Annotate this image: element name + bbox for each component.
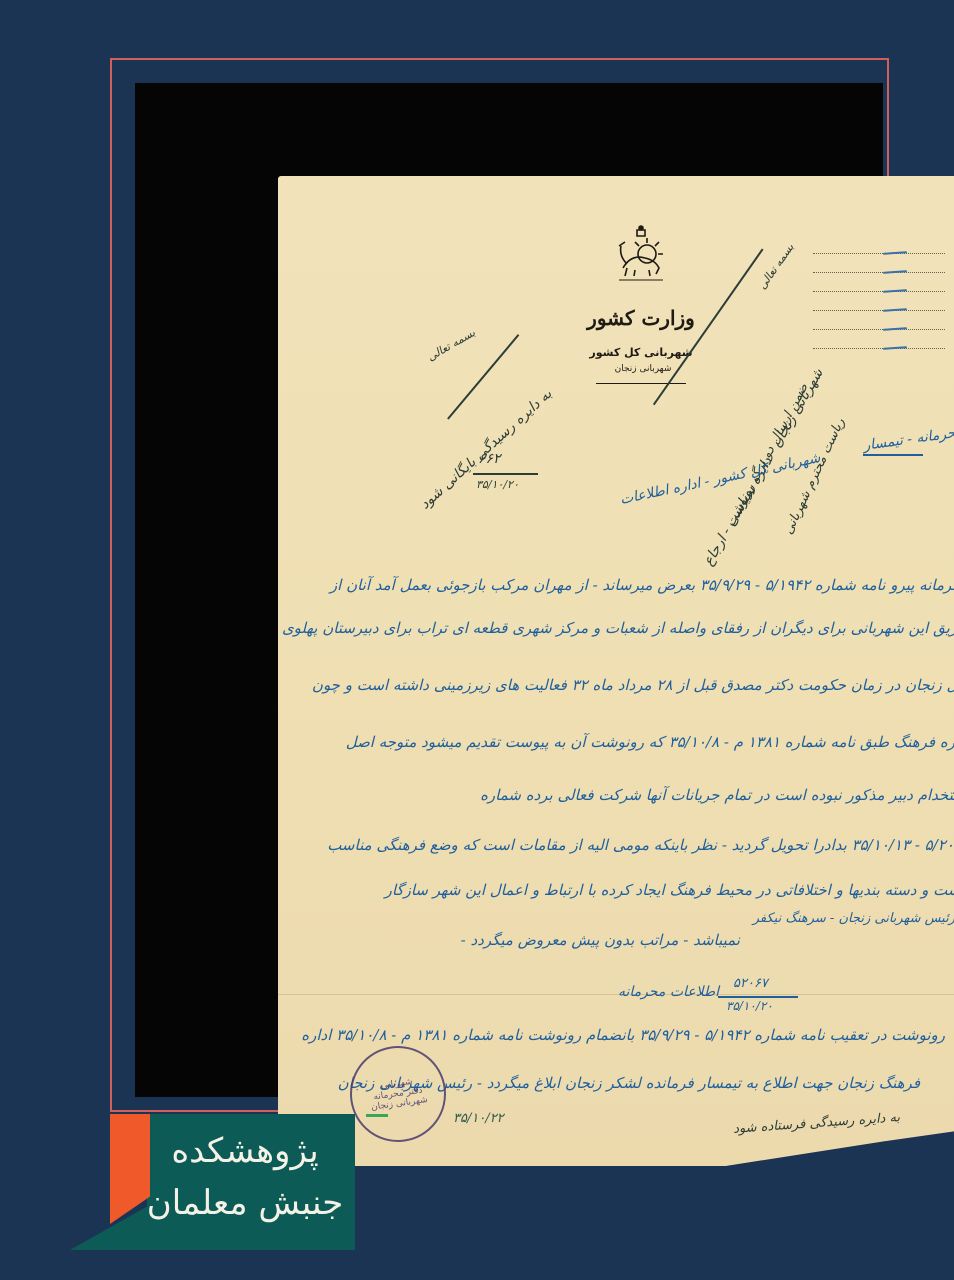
body-line-6: ۵/۲۰۱۸ - ۳۵/۱۰/۱۳ بدادرا تحویل گردید - ن…	[327, 836, 954, 854]
registry-date: ۳۵/۱۰/۲۰	[476, 478, 519, 491]
dispatch-rule	[718, 996, 798, 998]
document-photo: وزارت کشور شهربانی کل کشور شهربانی زنجان…	[135, 83, 883, 1097]
signature-block: رئیس شهربانی زنجان - سرهنگ نیکفر	[753, 911, 954, 926]
footer-line-1: رونوشت در تعقیب نامه شماره ۵/۱۹۴۲ - ۳۵/۹…	[301, 1026, 945, 1044]
form-fields: ل - ۲ اداره دائره تاریخ شماره پیوست موضو…	[813, 221, 954, 353]
letterhead-ministry: وزارت کشور	[566, 306, 716, 330]
dispatch-label: اطلاعات محرمانه	[618, 984, 719, 1000]
dispatch-date: ۳۵/۱۰/۲۰	[726, 999, 773, 1013]
top-right-rule	[863, 454, 923, 456]
registry-number: ۶۶۲	[478, 451, 501, 467]
body-line-2: طریق این شهربانی برای دیگران از رفقای وا…	[282, 619, 954, 637]
body-line-1: محرمانه پیرو نامه شماره ۵/۱۹۴۲ - ۳۵/۹/۲۹…	[330, 576, 954, 594]
letterhead-rule	[596, 383, 686, 384]
field-division: دائره	[813, 258, 954, 277]
body-line-4: اداره فرهنگ طبق نامه شماره ۱۳۸۱ م - ۳۵/۱…	[346, 733, 954, 751]
footer-date: ۳۵/۱۰/۲۲	[453, 1111, 504, 1126]
body-line-3: اهل زنجان در زمان حکومت دکتر مصدق قبل از…	[312, 676, 954, 694]
field-attachment: پیوست	[813, 315, 954, 334]
field-number: شماره	[813, 296, 954, 315]
paper-fold	[278, 994, 954, 995]
field-subject: موضوع	[813, 334, 954, 353]
body-line-5: استخدام دبیر مذکور نبوده است در تمام جری…	[480, 786, 954, 804]
stamp-green-mark	[366, 1114, 388, 1117]
footer-line-3: به دایره رسیدگی فرستاده شود	[732, 1110, 900, 1137]
form-code: ل - ۲	[813, 221, 954, 239]
brand-name-line1: پژوهشکده	[135, 1128, 355, 1174]
brand-accent	[110, 1114, 150, 1224]
dispatch-number: ۵۲۰۶۷	[733, 976, 768, 991]
body-line-8: نمیباشد - مراتب بدون پیش معروض میگردد -	[461, 931, 740, 949]
note-top-center-blue: شهربانی کل کشور - اداره اطلاعات	[619, 450, 822, 508]
registry-rule	[473, 473, 538, 475]
note-top-left-1: بسمه تعالی	[425, 326, 477, 364]
document-paper: وزارت کشور شهربانی کل کشور شهربانی زنجان…	[278, 176, 954, 1166]
lion-and-sun-emblem-icon	[611, 224, 671, 284]
brand-name-line2: جنبش معلمان	[135, 1180, 355, 1226]
body-line-7: نیست و دسته بندیها و اختلافاتی در محیط ف…	[385, 881, 954, 899]
official-stamp: شهربانی دفتر محرمانه شهربانی زنجان	[344, 1040, 452, 1148]
note-top-left-2: به دایره رسیدگی بایگانی شود	[417, 386, 555, 513]
field-office: اداره	[813, 239, 954, 258]
note-top-right-blue: محرمانه - تیمسار	[862, 424, 954, 454]
field-date: تاریخ	[813, 277, 954, 296]
